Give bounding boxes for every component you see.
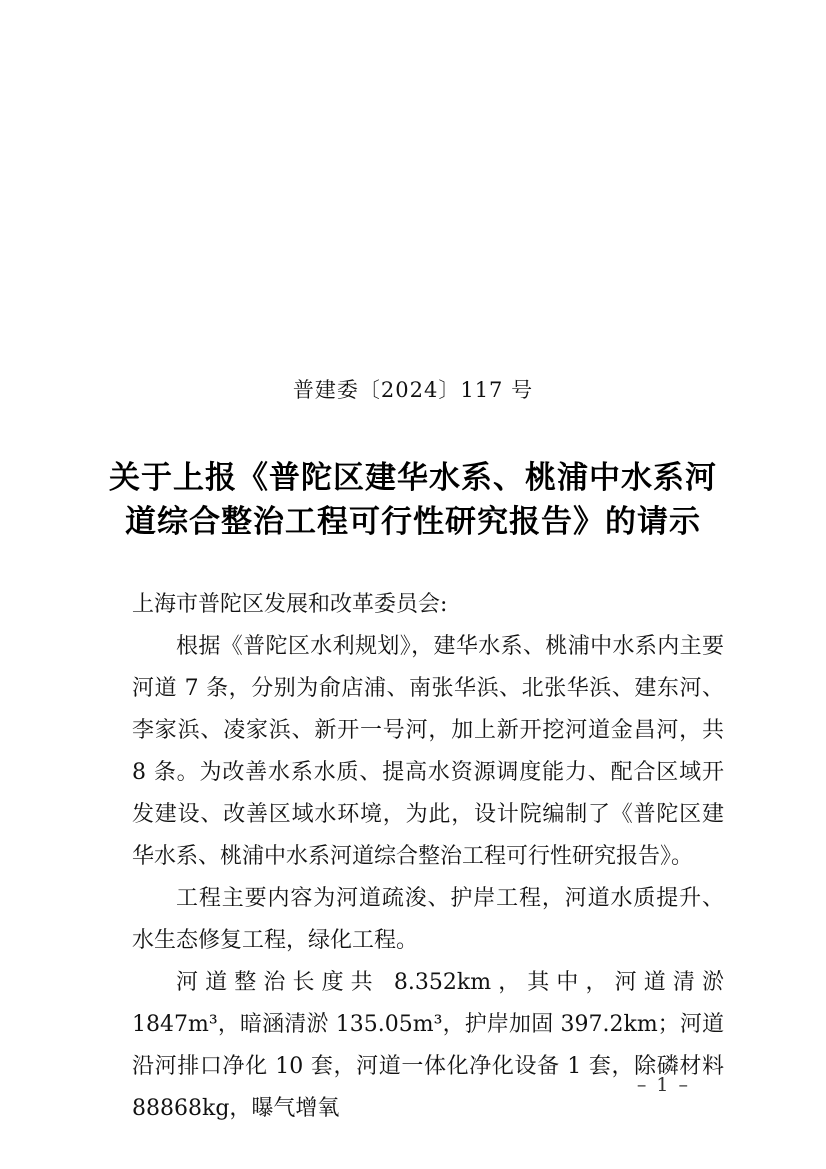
body-paragraph: 工程主要内容为河道疏浚、护岸工程，河道水质提升、水生态修复工程，绿化工程。 bbox=[132, 878, 724, 962]
salutation: 上海市普陀区发展和改革委员会: bbox=[132, 584, 724, 626]
body-paragraph: 河道整治长度共 8.352km，其中，河道清淤 1847m³，暗涵清淤 135.… bbox=[132, 962, 724, 1130]
document-title-line-1: 关于上报《普陀区建华水系、桃浦中水系河 bbox=[0, 456, 826, 500]
document-body: 上海市普陀区发展和改革委员会: 根据《普陀区水利规划》，建华水系、桃浦中水系内主… bbox=[132, 584, 724, 1130]
doc-reference-number: 普建委〔2024〕117 号 bbox=[0, 377, 826, 403]
page-number: – 1 – bbox=[637, 1074, 690, 1096]
document-title-line-2: 道综合整治工程可行性研究报告》的请示 bbox=[0, 500, 826, 544]
document-title: 关于上报《普陀区建华水系、桃浦中水系河 道综合整治工程可行性研究报告》的请示 bbox=[0, 456, 826, 544]
document-page: 普建委〔2024〕117 号 关于上报《普陀区建华水系、桃浦中水系河 道综合整治… bbox=[0, 0, 826, 1169]
body-paragraph: 根据《普陀区水利规划》，建华水系、桃浦中水系内主要河道 7 条，分别为俞店浦、南… bbox=[132, 626, 724, 878]
